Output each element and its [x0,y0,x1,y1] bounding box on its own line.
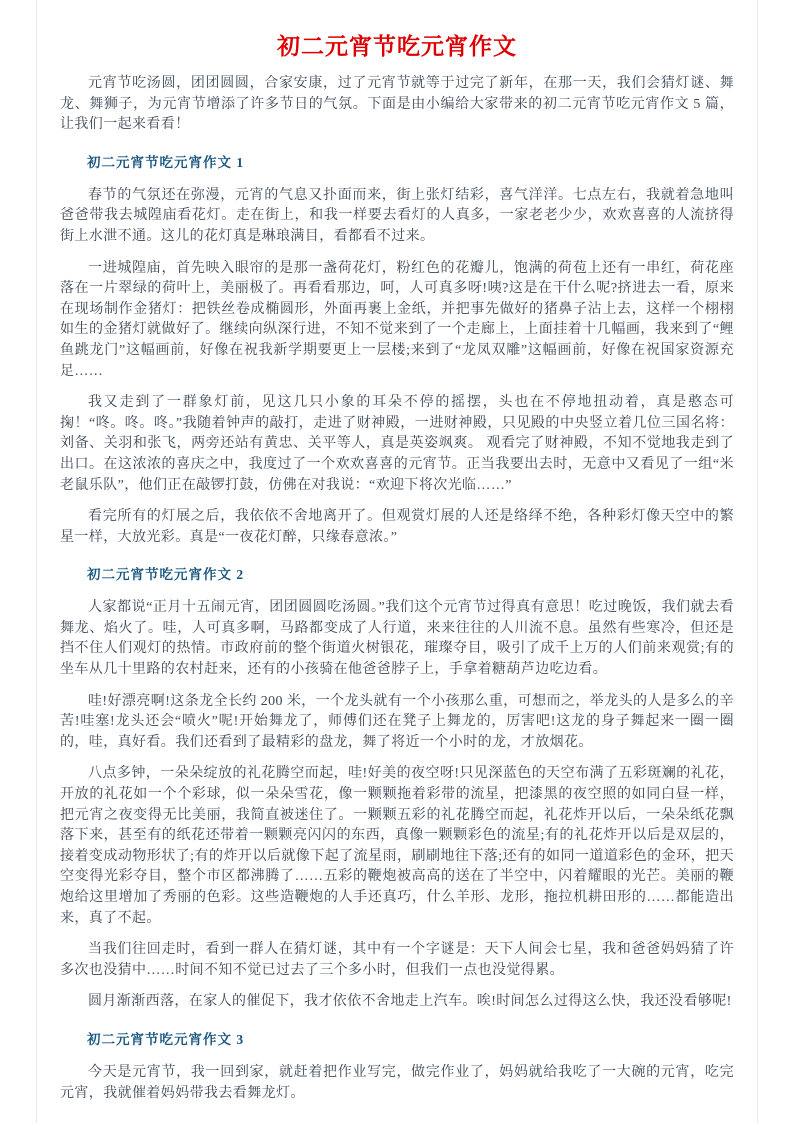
section-1-paragraph-1: 春节的气氛还在弥漫，元宵的气息又扑面而来，街上张灯结彩，喜气洋洋。七点左右，我就… [60,186,734,248]
intro-paragraph: 元宵节吃汤圆，团团圆圆，合家安康，过了元宵节就等于过完了新年，在那一天，我们会猜… [60,74,734,136]
section-3-heading: 初二元宵节吃元宵作文 3 [60,1029,734,1050]
section-2-paragraph-3: 八点多钟，一朵朵绽放的礼花腾空而起，哇!好美的夜空呀!只见深蓝色的天空布满了五彩… [60,764,734,929]
document-title: 初二元宵节吃元宵作文 [60,30,734,62]
section-2-paragraph-2: 哇!好漂亮啊!这条龙全长约 200 米，一个龙头就有一个小孩那么重，可想而之，举… [60,692,734,754]
section-1-paragraph-3: 我又走到了一群象灯前，见这几只小象的耳朵不停的摇摆，头也在不停地扭动着，真是憨态… [60,393,734,496]
section-2-paragraph-4: 当我们往回走时，看到一群人在猜灯谜，其中有一个字谜是：天下人间会七星，我和爸爸妈… [60,940,734,981]
document-page: 初二元宵节吃元宵作文 元宵节吃汤圆，团团圆圆，合家安康，过了元宵节就等于过完了新… [0,0,794,1123]
section-1-paragraph-4: 看完所有的灯展之后，我依依不舍地离开了。但观赏灯展的人还是络绎不绝，各种彩灯像天… [60,507,734,548]
section-1-heading: 初二元宵节吃元宵作文 1 [60,152,734,173]
section-2-paragraph-5: 圆月渐渐西落，在家人的催促下，我才依依不舍地走上汽车。唉!时间怎么过得这么快，我… [60,992,734,1013]
section-2-heading: 初二元宵节吃元宵作文 2 [60,564,734,585]
section-2-paragraph-1: 人家都说“正月十五闹元宵，团团圆圆吃汤圆。”我们这个元宵节过得真有意思！吃过晚饭… [60,598,734,680]
section-3-paragraph-1: 今天是元宵节，我一回到家，就赶着把作业写完，做完作业了，妈妈就给我吃了一大碗的元… [60,1063,734,1104]
section-1-paragraph-2: 一进城隍庙，首先映入眼帘的是那一盏荷花灯，粉红色的花瓣儿，饱满的荷苞上还有一串红… [60,259,734,383]
